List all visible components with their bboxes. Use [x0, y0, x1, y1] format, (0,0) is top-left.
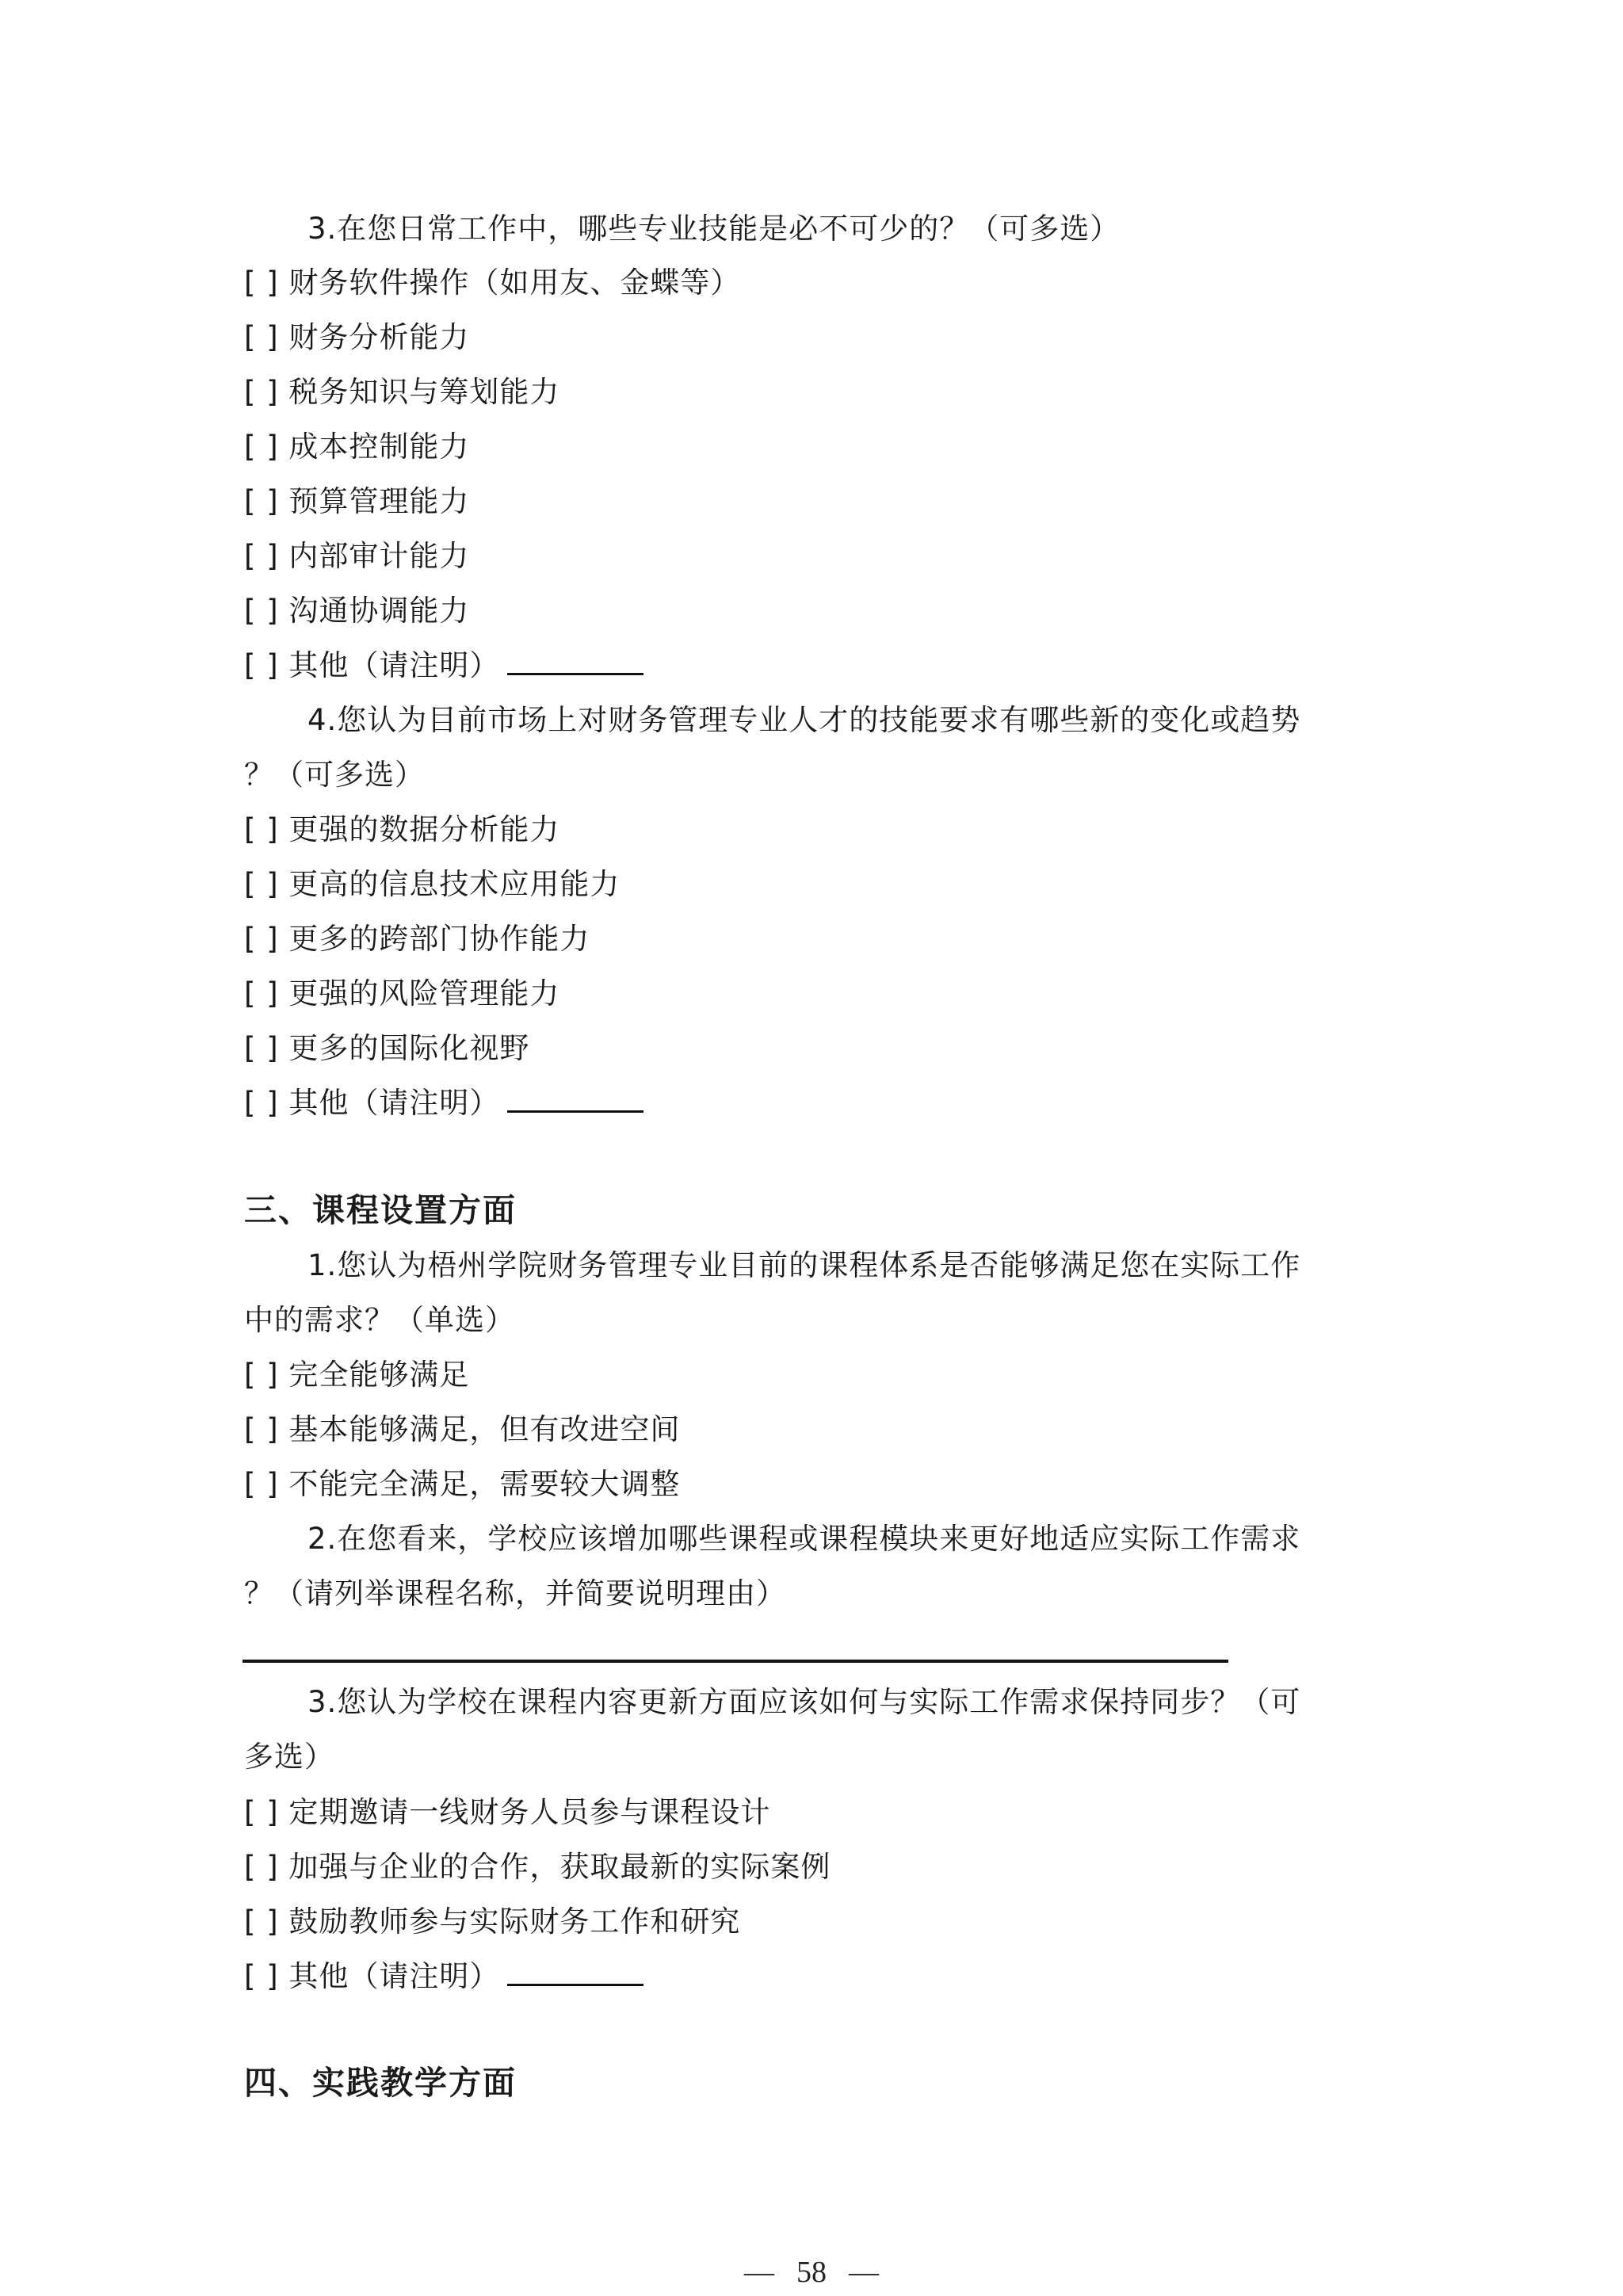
- option-label: [ ] 其他（请注明）: [244, 1959, 499, 1993]
- answer-input-line[interactable]: [242, 1660, 1228, 1663]
- question-title-continued: ？（可多选）: [244, 757, 425, 793]
- checkbox-option-other[interactable]: [ ] 其他（请注明）: [244, 648, 643, 684]
- page-number: 58: [796, 2256, 827, 2289]
- checkbox-option[interactable]: [ ] 更高的信息技术应用能力: [244, 866, 620, 903]
- checkbox-option[interactable]: [ ] 加强与企业的合作，获取最新的实际案例: [244, 1849, 831, 1885]
- question-title: 1.您认为梧州学院财务管理专业目前的课程体系是否能够满足您在实际工作: [307, 1247, 1300, 1284]
- checkbox-option[interactable]: [ ] 更强的数据分析能力: [244, 812, 559, 848]
- checkbox-option[interactable]: [ ] 预算管理能力: [244, 483, 469, 520]
- radio-option[interactable]: [ ] 不能完全满足，需要较大调整: [244, 1466, 680, 1503]
- option-label: [ ] 其他（请注明）: [244, 1086, 499, 1120]
- question-title: 3.您认为学校在课程内容更新方面应该如何与实际工作需求保持同步？（可: [307, 1684, 1300, 1721]
- question-title: 4.您认为目前市场上对财务管理专业人才的技能要求有哪些新的变化或趋势: [307, 702, 1300, 739]
- question-title-continued: 多选）: [244, 1739, 334, 1775]
- checkbox-option[interactable]: [ ] 财务软件操作（如用友、金蝶等）: [244, 265, 740, 301]
- option-label: [ ] 其他（请注明）: [244, 648, 499, 682]
- checkbox-option[interactable]: [ ] 沟通协调能力: [244, 593, 469, 629]
- question-title-continued: 中的需求？（单选）: [244, 1302, 515, 1339]
- fill-in-blank[interactable]: [507, 1087, 643, 1113]
- checkbox-option[interactable]: [ ] 更多的国际化视野: [244, 1030, 529, 1067]
- fill-in-blank[interactable]: [507, 1960, 643, 1986]
- checkbox-option-other[interactable]: [ ] 其他（请注明）: [244, 1085, 643, 1121]
- section-heading: 四、实践教学方面: [244, 2065, 517, 2101]
- question-title: 2.在您看来，学校应该增加哪些课程或课程模块来更好地适应实际工作需求: [307, 1521, 1300, 1557]
- section-heading: 三、课程设置方面: [244, 1192, 517, 1228]
- fill-in-blank[interactable]: [507, 649, 643, 675]
- checkbox-option[interactable]: [ ] 鼓励教师参与实际财务工作和研究: [244, 1904, 740, 1940]
- footer-dash-right: —: [849, 2256, 879, 2289]
- question-title: 3.在您日常工作中，哪些专业技能是必不可少的？（可多选）: [307, 211, 1120, 247]
- page-footer: —58—: [0, 2255, 1623, 2290]
- checkbox-option[interactable]: [ ] 定期邀请一线财务人员参与课程设计: [244, 1794, 770, 1831]
- document-page: 3.在您日常工作中，哪些专业技能是必不可少的？（可多选） [ ] 财务软件操作（…: [0, 0, 1623, 2296]
- checkbox-option-other[interactable]: [ ] 其他（请注明）: [244, 1958, 643, 1995]
- radio-option[interactable]: [ ] 完全能够满足: [244, 1357, 469, 1393]
- footer-dash-left: —: [744, 2256, 774, 2289]
- checkbox-option[interactable]: [ ] 税务知识与筹划能力: [244, 374, 559, 411]
- checkbox-option[interactable]: [ ] 更强的风险管理能力: [244, 976, 559, 1012]
- radio-option[interactable]: [ ] 基本能够满足，但有改进空间: [244, 1412, 680, 1448]
- checkbox-option[interactable]: [ ] 更多的跨部门协作能力: [244, 921, 590, 957]
- checkbox-option[interactable]: [ ] 成本控制能力: [244, 429, 469, 465]
- question-title-continued: ？（请列举课程名称，并简要说明理由）: [244, 1576, 786, 1612]
- checkbox-option[interactable]: [ ] 内部审计能力: [244, 538, 469, 575]
- checkbox-option[interactable]: [ ] 财务分析能力: [244, 319, 469, 356]
